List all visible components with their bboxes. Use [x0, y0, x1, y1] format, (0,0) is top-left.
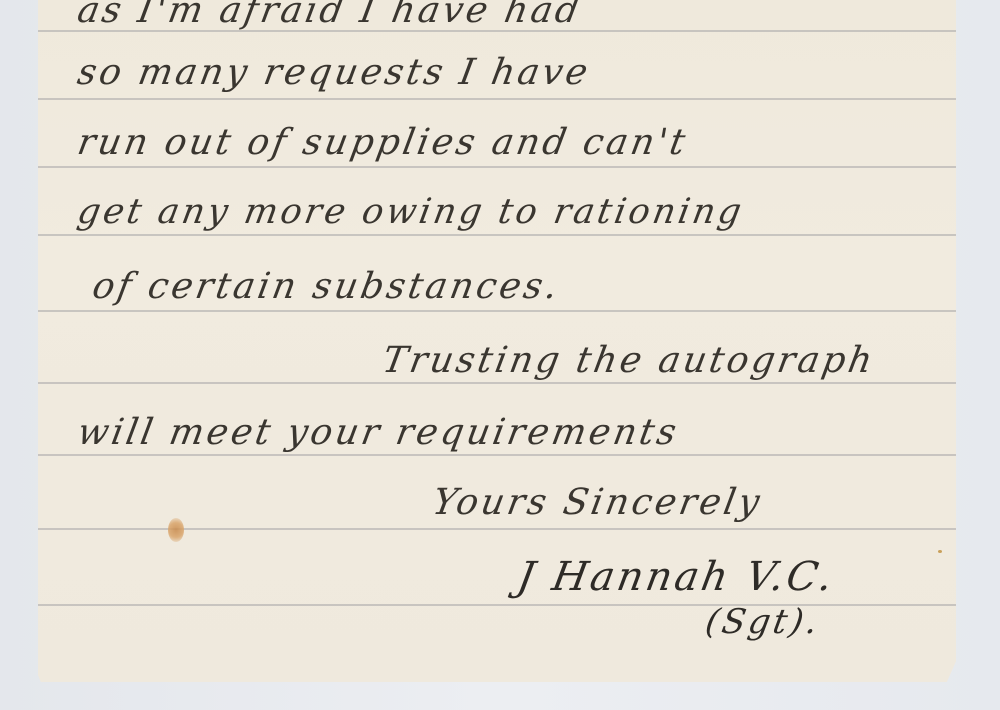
handwritten-line: so many requests I have	[74, 52, 593, 93]
ruled-line	[38, 310, 956, 312]
handwritten-line: of certain substances.	[89, 266, 563, 307]
ruled-line	[38, 454, 956, 456]
ruled-line	[38, 166, 956, 168]
handwritten-line: will meet your requirements	[74, 412, 682, 453]
handwritten-line: Trusting the autograph	[379, 340, 878, 381]
handwritten-line: as I'm afraid I have had	[74, 0, 585, 31]
paper-speck	[938, 550, 942, 553]
ruled-line	[38, 98, 956, 100]
signature-rank: (Sgt).	[702, 602, 823, 642]
handwritten-line: get any more owing to rationing	[74, 192, 747, 232]
foxing-stain	[168, 518, 184, 542]
ruled-line	[38, 382, 956, 384]
handwritten-line: run out of supplies and can't	[74, 122, 691, 163]
closing-salutation: Yours Sincerely	[429, 482, 765, 523]
letter-page: as I'm afraid I have had so many request…	[38, 0, 956, 682]
ruled-line	[38, 234, 956, 236]
signature: J Hannah V.C.	[514, 554, 839, 600]
